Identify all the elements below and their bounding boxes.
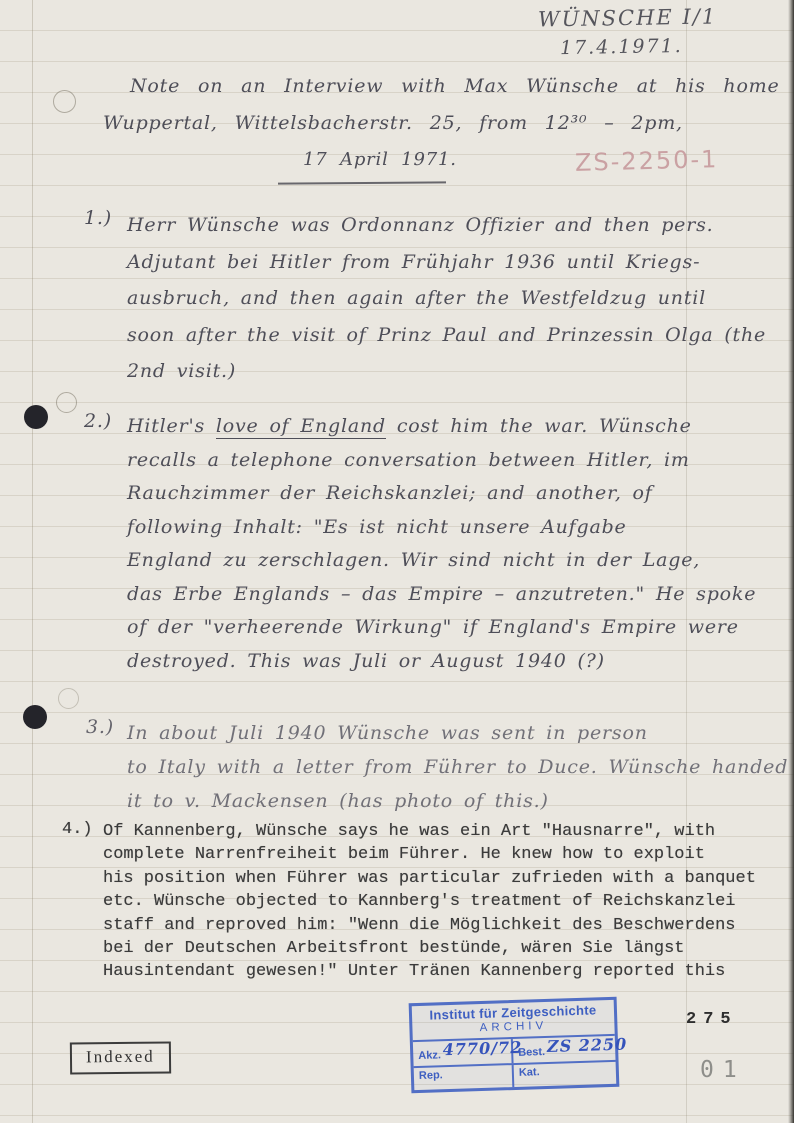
paragraph-4-line: bei der Deutschen Arbeitsfront bestünde,… <box>103 937 756 960</box>
paragraph-2-line: Rauchzimmer der Reichskanzlei; and anoth… <box>127 477 756 511</box>
title-line-1: Note on an Interview with Max Wünsche at… <box>130 75 780 97</box>
paragraph-2-number: 2.) <box>84 410 112 432</box>
paragraph-1-number: 1.) <box>84 207 112 229</box>
document-reference: WÜNSCHE I/1 <box>538 4 718 31</box>
margin-line-left <box>32 0 33 1123</box>
paragraph-2-lead-post: cost him the war. Wünsche <box>386 415 692 437</box>
paragraph-2-underlined-phrase: love of England <box>216 415 386 439</box>
paragraph-2-line: destroyed. This was Juli or August 1940 … <box>127 645 756 679</box>
paragraph-2-line: Hitler's love of England cost him the wa… <box>127 410 756 444</box>
punch-ring-upper-icon <box>56 392 77 413</box>
paragraph-2-line: of der "verheerende Wirkung" if England'… <box>127 611 756 645</box>
catalog-number-stamp: ZS-2250-1 <box>575 145 719 177</box>
document-date: 17.4.1971. <box>560 35 683 59</box>
paragraph-1-line: Adjutant bei Hitler from Frühjahr 1936 u… <box>127 244 766 281</box>
punch-ring-top-icon <box>53 90 76 113</box>
paragraph-1-line: ausbruch, and then again after the Westf… <box>127 280 766 317</box>
archive-stamp-best-cell: Best.ZS 2250 <box>513 1035 632 1063</box>
paragraph-2-line: England zu zerschlagen. Wir sind nicht i… <box>127 544 756 578</box>
paragraph-4-line: Of Kannenberg, Wünsche says he was ein A… <box>103 820 756 843</box>
paragraph-4-line: etc. Wünsche objected to Kannberg's trea… <box>103 890 756 913</box>
paragraph-3-line: it to v. Mackensen (has photo of this.) <box>127 784 788 818</box>
indexed-stamp: Indexed <box>70 1041 171 1074</box>
archive-stamp-akz-cell: Akz.4770/72 <box>413 1039 514 1066</box>
paragraph-1-line: Herr Wünsche was Ordonnanz Offizier and … <box>127 207 766 244</box>
paragraph-4-number: 4.) <box>62 820 93 839</box>
copy-number: 01 <box>700 1057 746 1083</box>
punch-hole-upper-icon <box>24 405 48 429</box>
akz-label: Akz. <box>418 1049 441 1062</box>
paragraph-3-line: to Italy with a letter from Führer to Du… <box>127 750 788 784</box>
paragraph-2-line: following Inhalt: "Es ist nicht unsere A… <box>127 511 756 545</box>
punch-hole-lower-icon <box>23 705 47 729</box>
paragraph-4-line: staff and reproved him: "Wenn die Möglic… <box>103 914 756 937</box>
archive-stamp: Institut für Zeitgeschichte ARCHIV Akz.4… <box>409 997 620 1093</box>
page-number-stamp: 275 <box>686 1010 738 1029</box>
akz-value: 4770/72 <box>442 1038 522 1059</box>
best-value: ZS 2250 <box>547 1034 628 1056</box>
archive-stamp-rep-cell: Rep. <box>414 1065 515 1090</box>
paragraph-1-line: 2nd visit.) <box>127 353 766 390</box>
document-scan-page: { "header": { "doc_ref": "WÜNSCHE I/1", … <box>0 0 794 1123</box>
punch-ring-lower-icon <box>58 688 79 709</box>
paragraph-2-line: recalls a telephone conversation between… <box>127 444 756 478</box>
archive-stamp-kat-cell: Kat. <box>514 1062 617 1087</box>
paragraph-3-line: In about Juli 1940 Wünsche was sent in p… <box>127 716 788 750</box>
paragraph-4-line: his position when Führer was particular … <box>103 867 756 890</box>
title-line-3: 17 April 1971. <box>303 149 457 170</box>
paragraph-3-number: 3.) <box>86 716 114 738</box>
paragraph-4-line: Hausintendant gewesen!" Unter Tränen Kan… <box>103 960 756 983</box>
paragraph-4-line: complete Narrenfreiheit beim Führer. He … <box>103 843 756 866</box>
title-line-2: Wuppertal, Wittelsbacherstr. 25, from 12… <box>103 112 683 134</box>
paper-edge <box>788 0 794 1123</box>
paragraph-2-line: das Erbe Englands – das Empire – anzutre… <box>127 578 756 612</box>
paragraph-2-lead-pre: Hitler's <box>127 415 216 437</box>
paragraph-1-line: soon after the visit of Prinz Paul and P… <box>127 317 766 354</box>
title-underline <box>278 181 446 184</box>
